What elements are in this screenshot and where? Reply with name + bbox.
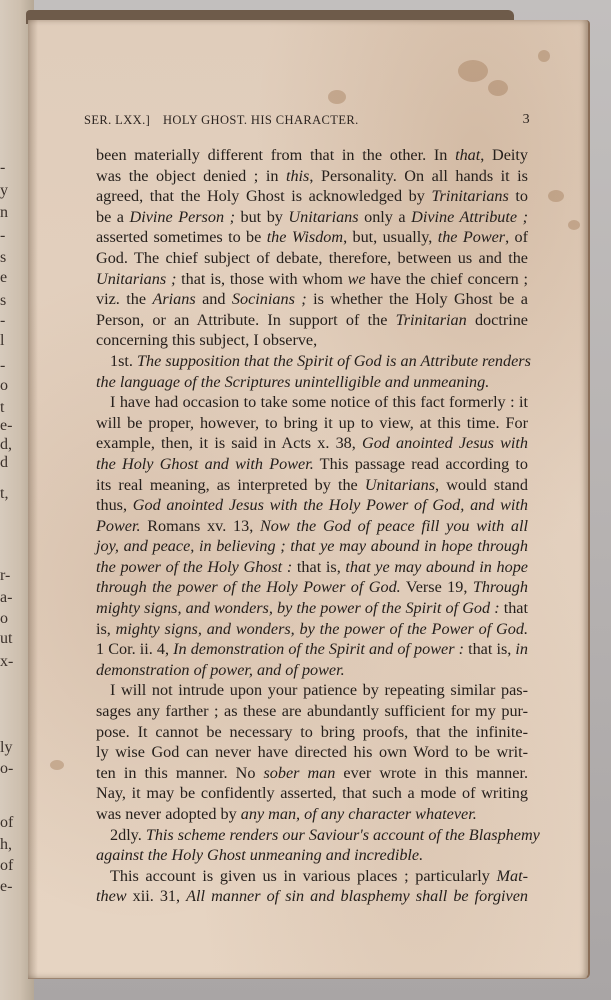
italic-text: sober man	[263, 764, 335, 782]
facing-page-text-fragment: ly	[0, 740, 12, 756]
text-run: ly wise God can never have directed his …	[96, 743, 528, 761]
text-run: doctrine	[467, 311, 528, 329]
text-line: 2dly. This scheme renders our Saviour's …	[96, 825, 528, 846]
text-line: be a Divine Person ; but by Unitarians o…	[96, 207, 528, 228]
facing-page-text-fragment: a-	[0, 590, 12, 606]
text-run: been materially different from that in t…	[96, 146, 455, 164]
text-run: Person, or an Attribute. In support of t…	[96, 311, 396, 329]
facing-page-text-fragment: e-	[0, 418, 12, 434]
text-run: agreed, that the Holy Ghost is acknowled…	[96, 187, 431, 205]
text-run: that is,	[464, 640, 515, 658]
italic-text: Trinitarians	[431, 187, 508, 205]
italic-text: mighty signs, and wonders, by the power …	[96, 599, 500, 617]
italic-text: through the power of the Holy Power of G…	[96, 578, 401, 596]
text-line: Power. Romans xv. 13, Now the God of pea…	[96, 516, 528, 537]
text-run: that is,	[292, 558, 345, 576]
text-line: This account is given us in various plac…	[96, 866, 528, 887]
facing-page-text-fragment: d	[0, 455, 8, 471]
facing-page-text-fragment: -	[0, 313, 5, 329]
italic-text: Mat-	[497, 867, 528, 885]
text-line: I will not intrude upon your patience by…	[96, 680, 528, 701]
facing-page-text-fragment: l	[0, 333, 4, 349]
facing-page-text-fragment: n	[0, 205, 8, 221]
text-run: will be proper, however, to bring it up …	[96, 414, 528, 432]
text-line: was never adopted by any man, of any cha…	[96, 804, 528, 825]
facing-page-text-fragment: of	[0, 858, 13, 874]
italic-text: thew	[96, 887, 127, 905]
italic-text: the power of the Holy Ghost :	[96, 558, 292, 576]
italic-text: any man, of any character whatever.	[241, 805, 477, 823]
text-run: ever wrote in this manner.	[335, 764, 528, 782]
italic-text: in	[515, 640, 528, 658]
text-run: I will not intrude upon your patience by…	[110, 681, 528, 699]
italic-text: In demonstration of the Spirit and of po…	[173, 640, 464, 658]
foxing-stain	[458, 60, 488, 82]
facing-page-text-fragment: s	[0, 250, 6, 266]
running-title: HOLY GHOST. HIS CHARACTER.	[163, 113, 359, 128]
facing-page-text-fragment: o-	[0, 761, 13, 777]
text-run: to	[509, 187, 528, 205]
italic-text: the Holy Ghost and with Power.	[96, 455, 314, 473]
foxing-stain	[50, 760, 64, 770]
text-line: demonstration of power, and of power.	[96, 660, 528, 681]
italic-text: Unitarians	[365, 476, 435, 494]
italic-text: God anointed Jesus with the Holy Power o…	[133, 496, 528, 514]
body-text: been materially different from that in t…	[96, 145, 528, 907]
text-run: 2dly.	[110, 826, 146, 844]
italic-text: against the Holy Ghost unmeaning and inc…	[96, 846, 423, 864]
italic-text: joy, and peace, in believing ; that ye m…	[96, 537, 528, 555]
italic-text: the language of the Scriptures unintelli…	[96, 373, 489, 391]
facing-page-text-fragment: t,	[0, 486, 8, 502]
facing-page-text-fragment: o	[0, 611, 8, 627]
text-line: ten in this manner. No sober man ever wr…	[96, 763, 528, 784]
text-line: pose. It cannot be necessary to bring pr…	[96, 722, 528, 743]
text-line: through the power of the Holy Power of G…	[96, 577, 528, 598]
text-run: viz. the	[96, 290, 152, 308]
italic-text: This scheme renders our Saviour's accoun…	[146, 826, 540, 844]
text-run: 1st.	[110, 352, 137, 370]
text-line: is, mighty signs, and wonders, by the po…	[96, 619, 528, 640]
text-run: God. The chief subject of debate, theref…	[96, 249, 528, 267]
text-run: be a	[96, 208, 130, 226]
text-line: been materially different from that in t…	[96, 145, 528, 166]
text-run: its real meaning, as interpreted by the	[96, 476, 365, 494]
text-run: asserted sometimes to be	[96, 228, 267, 246]
sermon-number: SER. LXX.]	[84, 113, 150, 128]
text-run: sages any farther ; as these are abundan…	[96, 702, 528, 720]
gutter-shadow	[28, 20, 38, 978]
italic-text: demonstration of power, and of power.	[96, 661, 345, 679]
text-run: Verse 19,	[401, 578, 473, 596]
foxing-stain	[488, 80, 508, 96]
italic-text: Arians	[152, 290, 195, 308]
text-run: example, then, it is said in Acts x. 38,	[96, 434, 362, 452]
italic-text: Unitarians	[288, 208, 358, 226]
italic-text: Divine Person ;	[130, 208, 235, 226]
text-line: will be proper, however, to bring it up …	[96, 413, 528, 434]
text-line: was the object denied ; in this, Persona…	[96, 166, 528, 187]
facing-page-text-fragment: t	[0, 400, 4, 416]
facing-page-text-fragment: s	[0, 293, 6, 309]
facing-page-text-fragment: h,	[0, 837, 12, 853]
italic-text: that ye may abound in hope	[345, 558, 528, 576]
page-number: 3	[523, 112, 530, 128]
text-line: agreed, that the Holy Ghost is acknowled…	[96, 186, 528, 207]
foxing-stain	[568, 220, 580, 230]
text-line: the power of the Holy Ghost : that is, t…	[96, 557, 528, 578]
italic-text: we	[348, 270, 366, 288]
text-line: God. The chief subject of debate, theref…	[96, 248, 528, 269]
text-line: thus, God anointed Jesus with the Holy P…	[96, 495, 528, 516]
text-run: that is, those with whom	[176, 270, 347, 288]
foxing-stain	[548, 190, 564, 202]
foxing-stain	[538, 50, 550, 62]
facing-page-text-fragment: o	[0, 378, 8, 394]
facing-page-text-fragment: ut	[0, 631, 12, 647]
italic-text: Through	[473, 578, 528, 596]
text-line: viz. the Arians and Socinians ; is wheth…	[96, 289, 528, 310]
facing-page-text-fragment: y	[0, 183, 8, 199]
italic-text: Trinitarian	[396, 311, 467, 329]
text-line: 1 Cor. ii. 4, In demonstration of the Sp…	[96, 639, 528, 660]
text-run: that	[500, 599, 528, 617]
text-run: , Personality. On all hands it is	[309, 167, 528, 185]
text-run: is whether the Holy Ghost be a	[307, 290, 528, 308]
text-run: pose. It cannot be necessary to bring pr…	[96, 723, 528, 741]
text-line: Unitarians ; that is, those with whom we…	[96, 269, 528, 290]
italic-text: this	[286, 167, 309, 185]
text-line: mighty signs, and wonders, by the power …	[96, 598, 528, 619]
italic-text: Unitarians ;	[96, 270, 176, 288]
text-run: is,	[96, 620, 116, 638]
text-line: concerning this subject, I observe,	[96, 330, 528, 351]
text-line: Nay, it may be confidently asserted, tha…	[96, 783, 528, 804]
text-run: xii. 31,	[127, 887, 187, 905]
text-run: 1 Cor. ii. 4,	[96, 640, 173, 658]
text-run: , Deity	[480, 146, 528, 164]
text-run: was never adopted by	[96, 805, 241, 823]
text-run: This passage read according to	[314, 455, 528, 473]
text-line: sages any farther ; as these are abundan…	[96, 701, 528, 722]
text-run: I have had occasion to take some notice …	[110, 393, 528, 411]
text-line: the language of the Scriptures unintelli…	[96, 372, 528, 393]
facing-page-text-fragment: x-	[0, 654, 13, 670]
text-run: , of	[505, 228, 528, 246]
text-run: but by	[235, 208, 288, 226]
facing-page-text-fragment: -	[0, 228, 5, 244]
facing-page-text-fragment: of	[0, 815, 13, 831]
facing-page-text-fragment: r-	[0, 568, 10, 584]
text-line: Person, or an Attribute. In support of t…	[96, 310, 528, 331]
text-run: and	[196, 290, 232, 308]
text-run: This account is given us in various plac…	[110, 867, 497, 885]
text-run: have the chief concern ;	[366, 270, 528, 288]
text-line: against the Holy Ghost unmeaning and inc…	[96, 845, 528, 866]
text-line: asserted sometimes to be the Wisdom, but…	[96, 227, 528, 248]
text-line: I have had occasion to take some notice …	[96, 392, 528, 413]
italic-text: God anointed Jesus with	[362, 434, 528, 452]
facing-page-text-fragment: d,	[0, 437, 12, 453]
italic-text: Power.	[96, 517, 141, 535]
text-run: Romans xv. 13,	[141, 517, 260, 535]
text-run: , would stand	[435, 476, 528, 494]
italic-text: All manner of sin and blasphemy shall be…	[186, 887, 528, 905]
text-line: ly wise God can never have directed his …	[96, 742, 528, 763]
facing-page-text-fragment: e	[0, 270, 7, 286]
italic-text: the Wisdom	[267, 228, 343, 246]
facing-page-text-fragment: -	[0, 358, 5, 374]
text-line: joy, and peace, in believing ; that ye m…	[96, 536, 528, 557]
text-line: its real meaning, as interpreted by the …	[96, 475, 528, 496]
italic-text: Now the God of peace fill you with all	[260, 517, 528, 535]
italic-text: Socinians ;	[232, 290, 307, 308]
text-run: thus,	[96, 496, 133, 514]
facing-page-text-fragment: -	[0, 160, 5, 176]
italic-text: the Power	[438, 228, 505, 246]
text-line: the Holy Ghost and with Power. This pass…	[96, 454, 528, 475]
text-line: thew xii. 31, All manner of sin and blas…	[96, 886, 528, 907]
italic-text: that	[455, 146, 480, 164]
text-line: 1st. The supposition that the Spirit of …	[96, 351, 528, 372]
facing-page-text-fragment: e-	[0, 879, 12, 895]
text-run: ten in this manner. No	[96, 764, 263, 782]
text-line: example, then, it is said in Acts x. 38,…	[96, 433, 528, 454]
italic-text: The supposition that the Spirit of God i…	[137, 352, 531, 370]
text-run: only a	[359, 208, 412, 226]
italic-text: Divine Attribute ;	[411, 208, 528, 226]
italic-text: mighty signs, and wonders, by the power …	[116, 620, 528, 638]
text-run: , but, usually,	[343, 228, 438, 246]
foxing-stain	[328, 90, 346, 104]
text-run: Nay, it may be confidently asserted, tha…	[96, 784, 528, 802]
text-run: concerning this subject, I observe,	[96, 331, 317, 349]
text-run: was the object denied ; in	[96, 167, 286, 185]
